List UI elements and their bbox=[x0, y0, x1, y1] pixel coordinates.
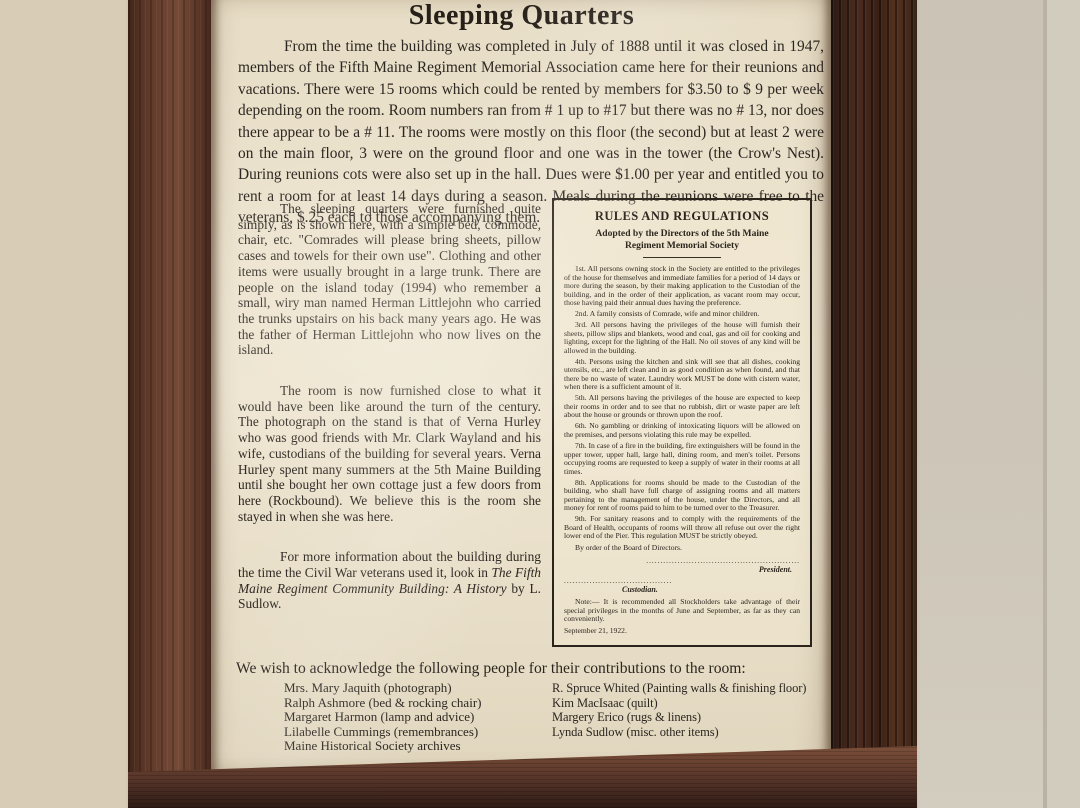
rule-item-1: 1st. All persons owning stock in the Soc… bbox=[564, 265, 800, 308]
custodian-signature-dots: ...................................... bbox=[564, 577, 800, 586]
acknowledgements-right-list: R. Spruce Whited (Painting walls & finis… bbox=[552, 681, 828, 754]
rule-item-6: 6th. No gambling or drinking of intoxica… bbox=[564, 422, 800, 439]
rules-by-order: By order of the Board of Directors. bbox=[564, 544, 800, 553]
ack-item: Lilabelle Cummings (remembrances) bbox=[284, 725, 552, 740]
acknowledgements-columns: Mrs. Mary Jaquith (photograph) Ralph Ash… bbox=[236, 681, 828, 754]
framed-document-photo: Sleeping Quarters From the time the buil… bbox=[0, 0, 1080, 808]
acknowledgements-left-list: Mrs. Mary Jaquith (photograph) Ralph Ash… bbox=[284, 681, 552, 754]
rule-item-7: 7th. In case of a fire in the building, … bbox=[564, 442, 800, 476]
rule-item-9: 9th. For sanitary reasons and to comply … bbox=[564, 515, 800, 541]
page-title: Sleeping Quarters bbox=[210, 0, 833, 32]
ack-item: Ralph Ashmore (bed & rocking chair) bbox=[284, 696, 552, 711]
president-signature-block: ........................................… bbox=[564, 557, 800, 574]
rule-item-3: 3rd. All persons having the privileges o… bbox=[564, 321, 800, 355]
rule-item-4: 4th. Persons using the kitchen and sink … bbox=[564, 358, 800, 392]
rule-item-5: 5th. All persons having the privileges o… bbox=[564, 394, 800, 420]
rules-subtitle: Adopted by the Directors of the 5th Main… bbox=[582, 228, 782, 251]
president-label: President. bbox=[564, 566, 792, 575]
ack-item: Mrs. Mary Jaquith (photograph) bbox=[284, 681, 552, 696]
frame-right-rail bbox=[831, 0, 917, 808]
ack-item: Lynda Sudlow (misc. other items) bbox=[552, 725, 828, 740]
paragraph-furnishings: The sleeping quarters were furnished qui… bbox=[238, 201, 541, 358]
acknowledgements-intro: We wish to acknowledge the following peo… bbox=[236, 659, 828, 678]
ack-item: Kim MacIsaac (quilt) bbox=[552, 696, 828, 711]
ack-item: Margery Erico (rugs & linens) bbox=[552, 710, 828, 725]
left-column: The sleeping quarters were furnished qui… bbox=[238, 201, 541, 612]
rules-title: RULES AND REGULATIONS bbox=[564, 209, 800, 224]
frame-left-rail bbox=[128, 0, 211, 808]
ack-item: Maine Historical Society archives bbox=[284, 739, 552, 754]
rule-item-8: 8th. Applications for rooms should be ma… bbox=[564, 479, 800, 513]
custodian-signature-block: ...................................... C… bbox=[564, 577, 800, 594]
rules-note: Note:— It is recommended all Stockholder… bbox=[564, 598, 800, 624]
ack-item: Margaret Harmon (lamp and advice) bbox=[284, 710, 552, 725]
document-paper: Sleeping Quarters From the time the buil… bbox=[210, 0, 833, 778]
custodian-label: Custodian. bbox=[622, 586, 800, 595]
rules-divider bbox=[643, 257, 721, 258]
rule-item-2: 2nd. A family consists of Comrade, wife … bbox=[564, 310, 800, 319]
rules-and-regulations-box: RULES AND REGULATIONS Adopted by the Dir… bbox=[552, 198, 812, 647]
rules-date: September 21, 1922. bbox=[564, 627, 800, 636]
ack-item: R. Spruce Whited (Painting walls & finis… bbox=[552, 681, 828, 696]
paragraph-more-info: For more information about the building … bbox=[238, 549, 541, 612]
wall-far-panel bbox=[1047, 0, 1080, 808]
acknowledgements-section: We wish to acknowledge the following peo… bbox=[236, 659, 828, 754]
paragraph-room-now: The room is now furnished close to what … bbox=[238, 383, 541, 524]
